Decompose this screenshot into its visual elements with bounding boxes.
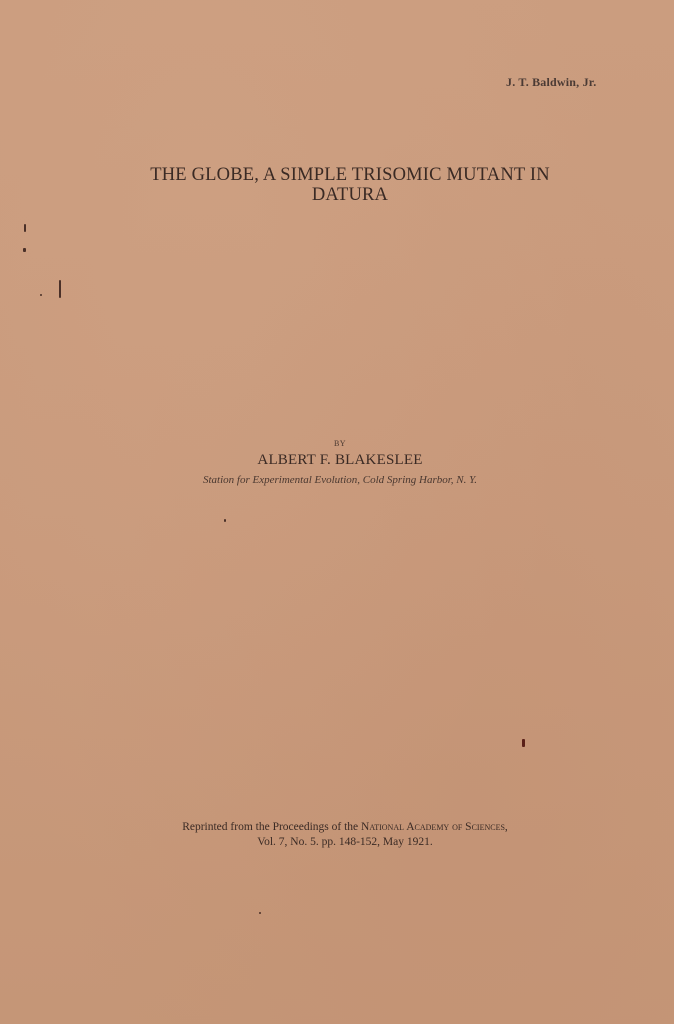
document-title: THE GLOBE, A SIMPLE TRISOMIC MUTANT IN D… [100,165,600,205]
reprint-notice: Reprinted from the Proceedings of the Na… [100,820,590,850]
paper-blemish [259,912,261,914]
paper-blemish [23,248,26,252]
reprint-publisher: National Academy of Sciences, [361,821,508,833]
byline-label: BY [0,439,674,448]
reprint-line-1: Reprinted from the Proceedings of the Na… [100,820,590,835]
title-line-1: THE GLOBE, A SIMPLE TRISOMIC MUTANT IN [100,165,600,185]
title-line-2: DATURA [100,185,600,205]
paper-blemish [224,519,226,522]
owner-stamp: J. T. Baldwin, Jr. [506,75,626,90]
document-page: J. T. Baldwin, Jr. THE GLOBE, A SIMPLE T… [0,0,674,1024]
paper-blemish [40,294,42,296]
author-affiliation: Station for Experimental Evolution, Cold… [0,474,674,486]
paper-blemish [522,739,525,747]
paper-blemish [59,280,61,298]
reprint-citation: Vol. 7, No. 5. pp. 148-152, May 1921. [100,835,590,850]
author-name: ALBERT F. BLAKESLEE [0,452,674,469]
reprint-prefix: Reprinted from the Proceedings of the [182,821,361,833]
paper-blemish [24,224,26,232]
